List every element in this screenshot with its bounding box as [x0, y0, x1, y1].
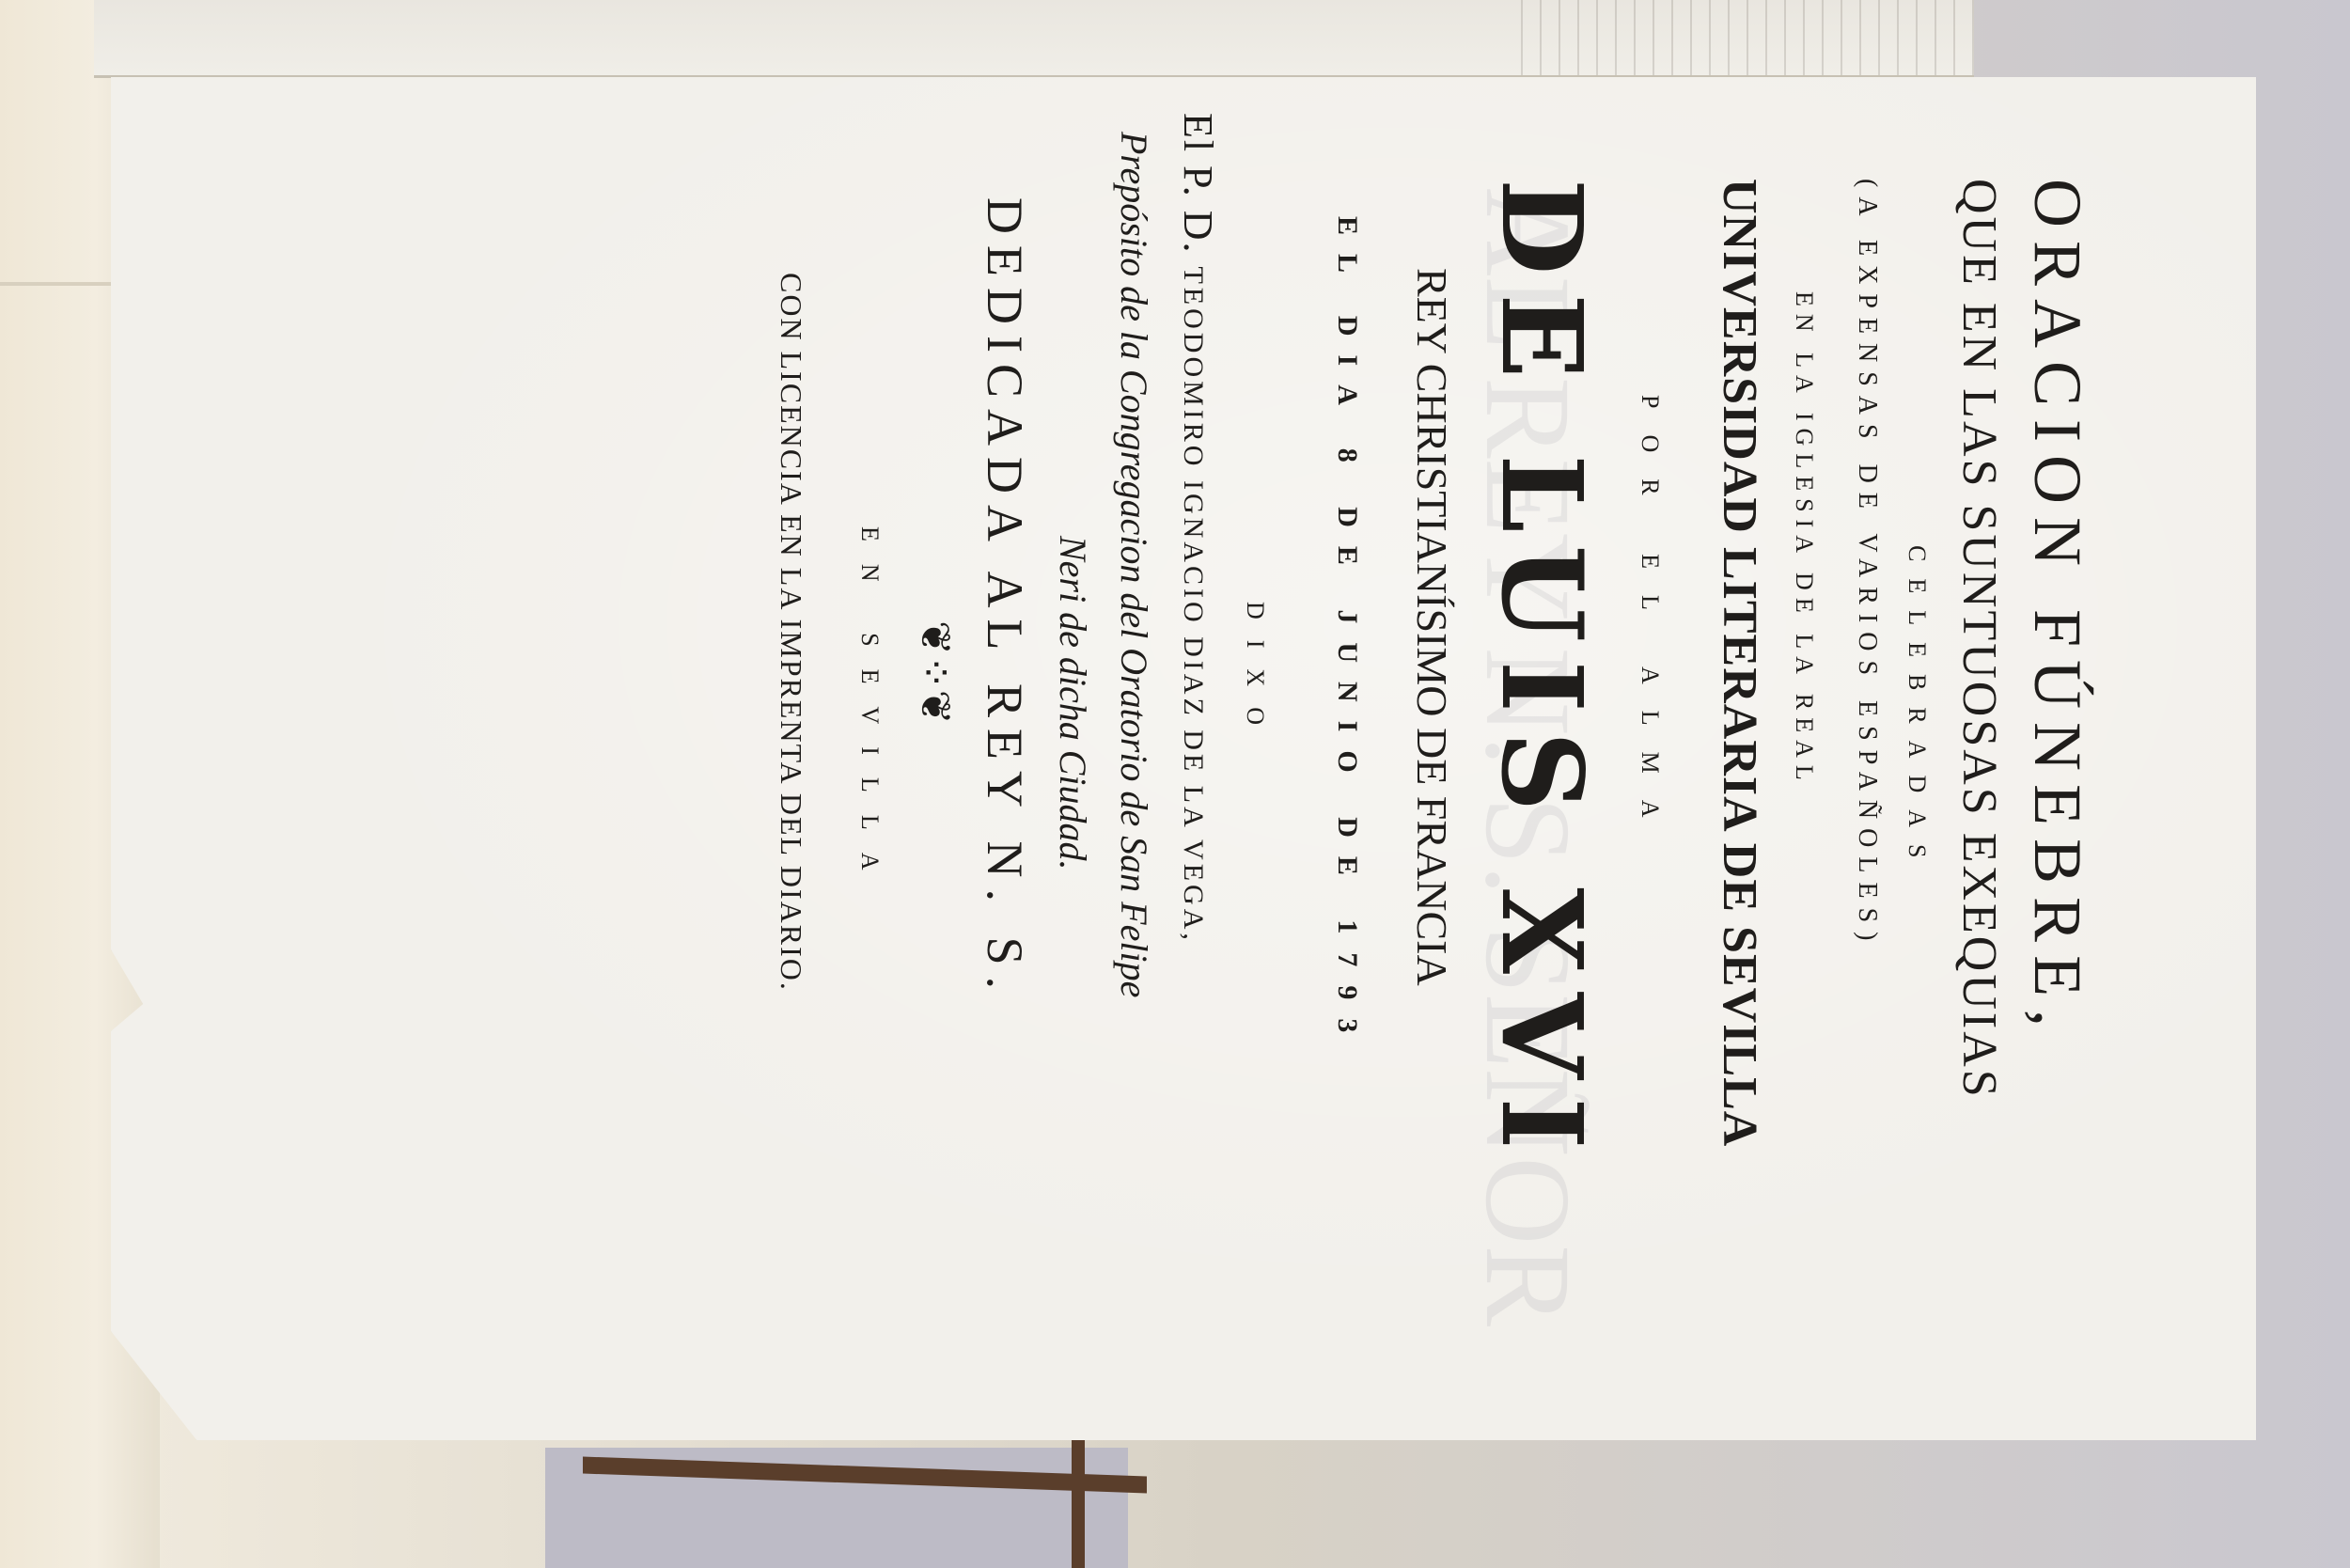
- subtitle: QUE EN LAS SUNTUOSAS EXEQUIAS: [1951, 179, 2007, 1100]
- dedication-line: DEDICADA AL REY N. S.: [976, 197, 1034, 1000]
- iglesia-line: EN LA IGLESIA DE LA REAL: [1790, 291, 1818, 788]
- author-name: TEODOMIRO IGNACIO DIAZ DE LA VEGA,: [1178, 266, 1209, 943]
- por-el-alma-line: POR EL ALMA: [1636, 395, 1664, 844]
- luis-xvi-heading: DE LUIS XVI: [1477, 179, 1607, 1168]
- parenthetical-line: (A EXPENSAS DE VARIOS ESPAÑOLES): [1852, 179, 1882, 949]
- dixo-line: DIXO: [1241, 602, 1269, 745]
- preposito-line: Prepósito de la Congregacion del Oratori…: [1112, 132, 1156, 997]
- imprint-line: CON LICENCIA EN LA IMPRENTA DEL DIARIO.: [774, 273, 808, 992]
- author-prefix: El P. D.: [1175, 113, 1221, 254]
- book-binding: [545, 1448, 1128, 1568]
- neri-line: Neri de dicha Ciudad.: [1051, 536, 1095, 870]
- previous-page-edge: [94, 0, 1974, 78]
- rey-line: REY CHRISTIANÍSIMO DE FRANCIA: [1407, 268, 1457, 986]
- title: ORACION FÚNEBRE,: [2018, 179, 2096, 1040]
- fleuron-ornament-icon: ❦⁘❦: [911, 620, 959, 725]
- date-line: EL DIA 8 DE JUNIO DE 1793: [1331, 216, 1363, 1051]
- author-line: El P. D. TEODOMIRO IGNACIO DIAZ DE LA VE…: [1174, 113, 1222, 944]
- universidad-line: UNIVERSIDAD LITERARIA DE SEVILLA: [1712, 179, 1767, 1147]
- celebradas-line: CELEBRADAS: [1903, 545, 1931, 874]
- sevilla-line: EN SEVILLA: [855, 526, 884, 892]
